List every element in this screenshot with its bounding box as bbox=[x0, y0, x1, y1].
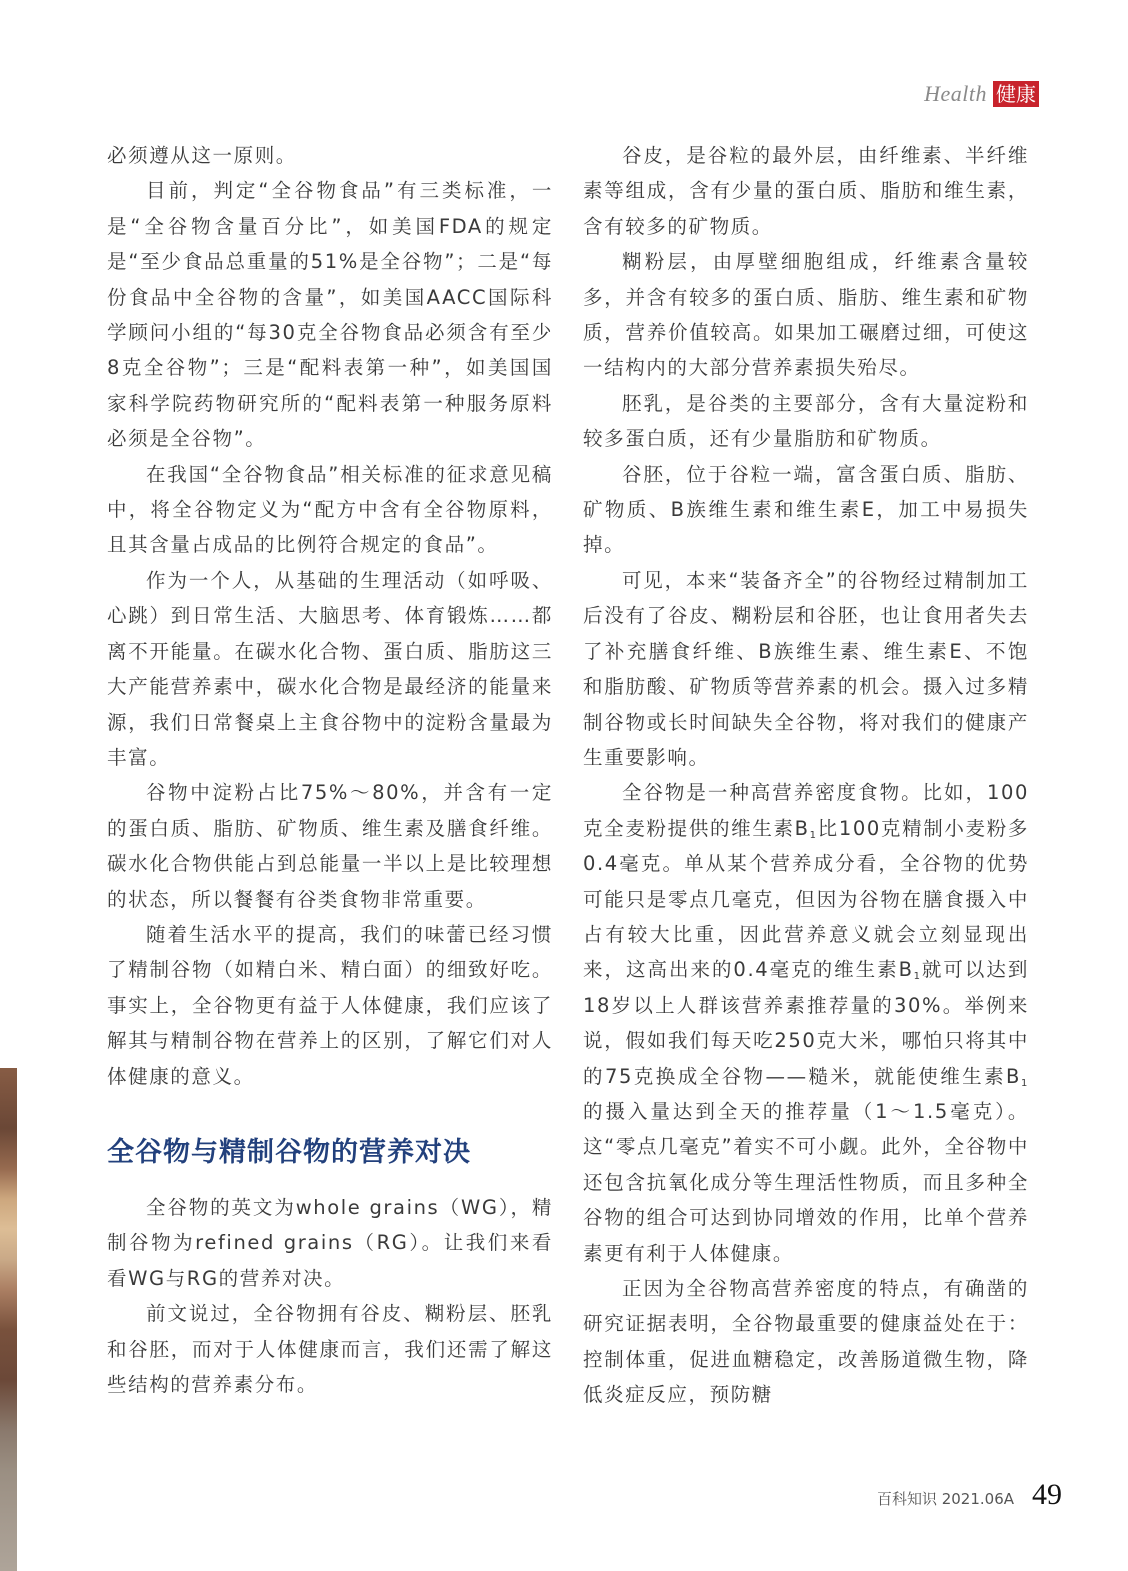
text-run: 的摄入量达到全天的推荐量（1～1.5毫克）。这“零点几毫克”着实不可小觑。此外，… bbox=[583, 1100, 1029, 1265]
subscript: 1 bbox=[1021, 1078, 1029, 1089]
page-number: 49 bbox=[1032, 1478, 1062, 1512]
section-header: Health 健康 bbox=[924, 80, 1039, 108]
left-column: 必须遵从这一原则。 目前，判定“全谷物食品”有三类标准，一是“全谷物含量百分比”… bbox=[107, 138, 553, 1402]
subscript: 1 bbox=[810, 830, 818, 841]
paragraph-nutrient-density: 全谷物是一种高营养密度食物。比如，100克全麦粉提供的维生素B1比100克精制小… bbox=[583, 775, 1029, 1271]
paragraph: 全谷物的英文为whole grains（WG），精制谷物为refined gra… bbox=[107, 1190, 553, 1296]
paragraph: 谷皮，是谷粒的最外层，由纤维素、半纤维素等组成，含有少量的蛋白质、脂肪和维生素，… bbox=[583, 138, 1029, 244]
section-badge: 健康 bbox=[993, 81, 1039, 107]
section-heading: 全谷物与精制谷物的营养对决 bbox=[107, 1136, 553, 1170]
text-run: 比100克精制小麦粉多0.4毫克。单从某个营养成分看，全谷物的优势可能只是零点几… bbox=[583, 817, 1029, 982]
paragraph: 谷胚，位于谷粒一端，富含蛋白质、脂肪、矿物质、B族维生素和维生素E，加工中易损失… bbox=[583, 457, 1029, 563]
paragraph: 作为一个人，从基础的生理活动（如呼吸、心跳）到日常生活、大脑思考、体育锻炼……都… bbox=[107, 563, 553, 775]
page-footer: 百科知识 2021.06A 49 bbox=[877, 1478, 1062, 1512]
paragraph: 糊粉层，由厚壁细胞组成，纤维素含量较多，并含有较多的蛋白质、脂肪、维生素和矿物质… bbox=[583, 244, 1029, 386]
paragraph: 随着生活水平的提高，我们的味蕾已经习惯了精制谷物（如精白米、精白面）的细致好吃。… bbox=[107, 917, 553, 1094]
paragraph: 目前，判定“全谷物食品”有三类标准，一是“全谷物含量百分比”，如美国FDA的规定… bbox=[107, 173, 553, 456]
right-column: 谷皮，是谷粒的最外层，由纤维素、半纤维素等组成，含有少量的蛋白质、脂肪和维生素，… bbox=[583, 138, 1029, 1413]
paragraph: 正因为全谷物高营养密度的特点，有确凿的研究证据表明，全谷物最重要的健康益处在于：… bbox=[583, 1271, 1029, 1413]
section-label-en: Health bbox=[924, 81, 987, 107]
paragraph: 谷物中淀粉占比75%～80%，并含有一定的蛋白质、脂肪、矿物质、维生素及膳食纤维… bbox=[107, 775, 553, 917]
paragraph: 胚乳，是谷类的主要部分，含有大量淀粉和较多蛋白质，还有少量脂肪和矿物质。 bbox=[583, 386, 1029, 457]
paragraph: 在我国“全谷物食品”相关标准的征求意见稿中，将全谷物定义为“配方中含有全谷物原料… bbox=[107, 457, 553, 563]
subscript: 1 bbox=[914, 971, 922, 982]
magazine-issue: 百科知识 2021.06A bbox=[877, 1488, 1014, 1509]
paragraph: 前文说过，全谷物拥有谷皮、糊粉层、胚乳和谷胚，而对于人体健康而言，我们还需了解这… bbox=[107, 1296, 553, 1402]
paragraph: 可见，本来“装备齐全”的谷物经过精制加工后没有了谷皮、糊粉层和谷胚，也让食用者失… bbox=[583, 563, 1029, 775]
paragraph: 必须遵从这一原则。 bbox=[107, 138, 553, 173]
grain-bowl-photo-edge bbox=[0, 1068, 17, 1571]
